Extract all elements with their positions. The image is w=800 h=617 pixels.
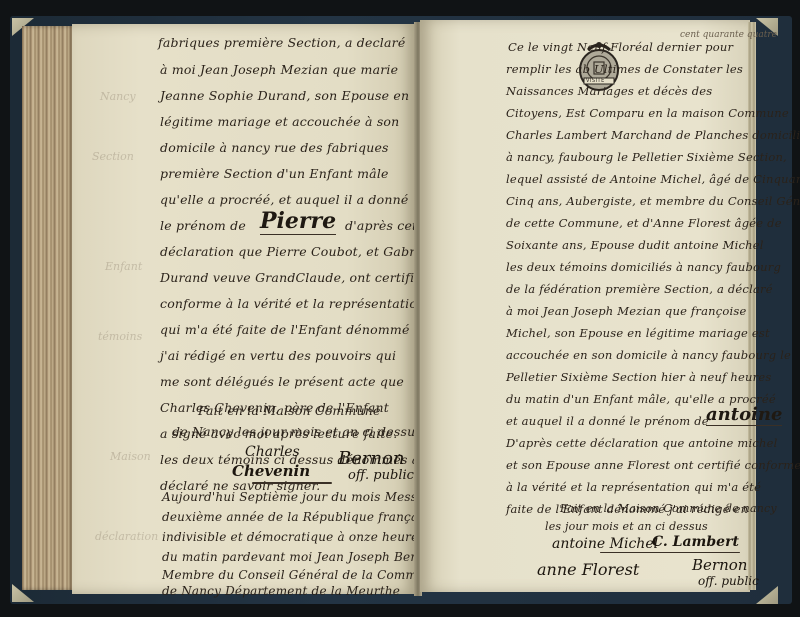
text-line: lequel assisté de Antoine Michel, âgé de… (506, 172, 800, 186)
text-line: Charles Lambert Marchand de Planches dom… (506, 128, 800, 142)
closing-line: Fait en la Maison Commune (198, 403, 381, 418)
text-line: de la fédération première Section, a déc… (506, 282, 773, 296)
text-line: D'après cette déclaration que antoine mi… (506, 436, 778, 450)
text-line: le prénom de (160, 218, 246, 233)
text-line: conforme à la vérité et la représentatio… (160, 296, 425, 311)
text-line: Michel, son Epouse en légitime mariage e… (506, 326, 770, 340)
signature-officer-title: off. public (348, 468, 414, 483)
next-act-line: du matin pardevant moi Jean Joseph Berno… (162, 550, 440, 564)
closing-line: Fait en la Maison Commune de nancy (560, 502, 777, 515)
text-line: Ce le vingt Neuf Floréal dernier pour (508, 40, 733, 54)
next-act-line: indivisible et démocratique à onze heure… (162, 530, 425, 544)
text-line: et son Epouse anne Florest ont certifié … (506, 458, 800, 472)
bleed-through-text: Maison (110, 450, 151, 463)
next-act-line: Membre du Conseil Général de la Commune (162, 568, 440, 582)
text-line: et auquel il a donné le prénom de (506, 414, 709, 428)
bleed-through-text: Enfant (105, 260, 142, 273)
text-line: Soixante ans, Epouse dudit antoine Miche… (506, 238, 764, 252)
text-line: Citoyens, Est Comparu en la maison Commu… (506, 106, 789, 120)
text-line: Durand veuve GrandClaude, ont certifié (160, 270, 422, 285)
text-line: Cinq ans, Aubergiste, et membre du Conse… (506, 194, 800, 208)
text-line: première Section d'un Enfant mâle (160, 166, 389, 181)
signature-officer: Bernon (692, 556, 747, 574)
text-line: me sont délégués le présent acte que (160, 374, 404, 389)
text-line: Jeanne Sophie Durand, son Epouse en (160, 88, 409, 103)
child-name-antoine: antoine (706, 404, 782, 426)
child-name-pierre: Pierre (260, 208, 336, 235)
text-line: accouchée en son domicile à nancy faubou… (506, 348, 791, 362)
text-line: qu'elle a procréé, et auquel il a donné (160, 192, 408, 207)
text-line: légitime mariage et accouchée à son (160, 114, 399, 129)
text-line: Naissances Mariages et décès des (506, 84, 712, 98)
closing-line: les jour mois et an ci dessus (545, 520, 708, 533)
signature-witness-antoine-michel: antoine Michel (552, 536, 658, 552)
signature-father-first: Charles (245, 444, 300, 460)
bleed-through-text: Nancy (100, 90, 136, 103)
signature-flourish (600, 552, 740, 553)
separator-rule (252, 482, 332, 484)
text-line: de cette Commune, et d'Anne Florest âgée… (506, 216, 782, 230)
bleed-through-text: déclaration (95, 530, 158, 543)
text-line: j'ai rédigé en vertu des pouvoirs qui (160, 348, 396, 363)
text-line: Pelletier Sixième Section hier à neuf he… (506, 370, 771, 384)
signature-witness-anne-florest: anne Florest (537, 560, 639, 579)
closing-line: de Nancy les jour mois et an ci dessus, (172, 424, 426, 439)
bleed-through-text: témoins (98, 330, 142, 343)
signature-officer: Bernon (338, 448, 405, 469)
text-line: domicile à nancy rue des fabriques (160, 140, 389, 155)
text-line: à la vérité et la représentation qui m'a… (506, 480, 761, 494)
next-act-line: Aujourd'hui Septième jour du mois Messid… (162, 490, 442, 504)
bleed-through-text: Section (92, 150, 134, 163)
text-line: fabriques première Section, a declaré (158, 35, 405, 50)
text-line: qui m'a été faite de l'Enfant dénommé (160, 322, 410, 337)
text-line: à moi Jean Joseph Mezian que marie (160, 62, 398, 77)
folio-note: cent quarante quatre (680, 30, 777, 40)
text-line: les deux témoins domiciliés à nancy faub… (506, 260, 781, 274)
next-act-line: de Nancy Département de la Meurthe (162, 584, 400, 598)
signature-father-last: Chevenin (232, 462, 310, 480)
text-line: à moi Jean Joseph Mezian que françoise (506, 304, 747, 318)
document-scan: Nancy Section Enfant témoins Maison décl… (0, 0, 800, 617)
signature-father-lambert: C. Lambert (652, 534, 739, 550)
text-line: déclaration que Pierre Coubot, et Gabrie… (160, 244, 439, 259)
stacked-page-edges (22, 26, 74, 590)
text-line: remplir les ab Ultimes de Constater les (506, 62, 743, 76)
signature-officer-title: off. public (698, 574, 759, 588)
text-line: à nancy, faubourg le Pelletier Sixième S… (506, 150, 787, 164)
